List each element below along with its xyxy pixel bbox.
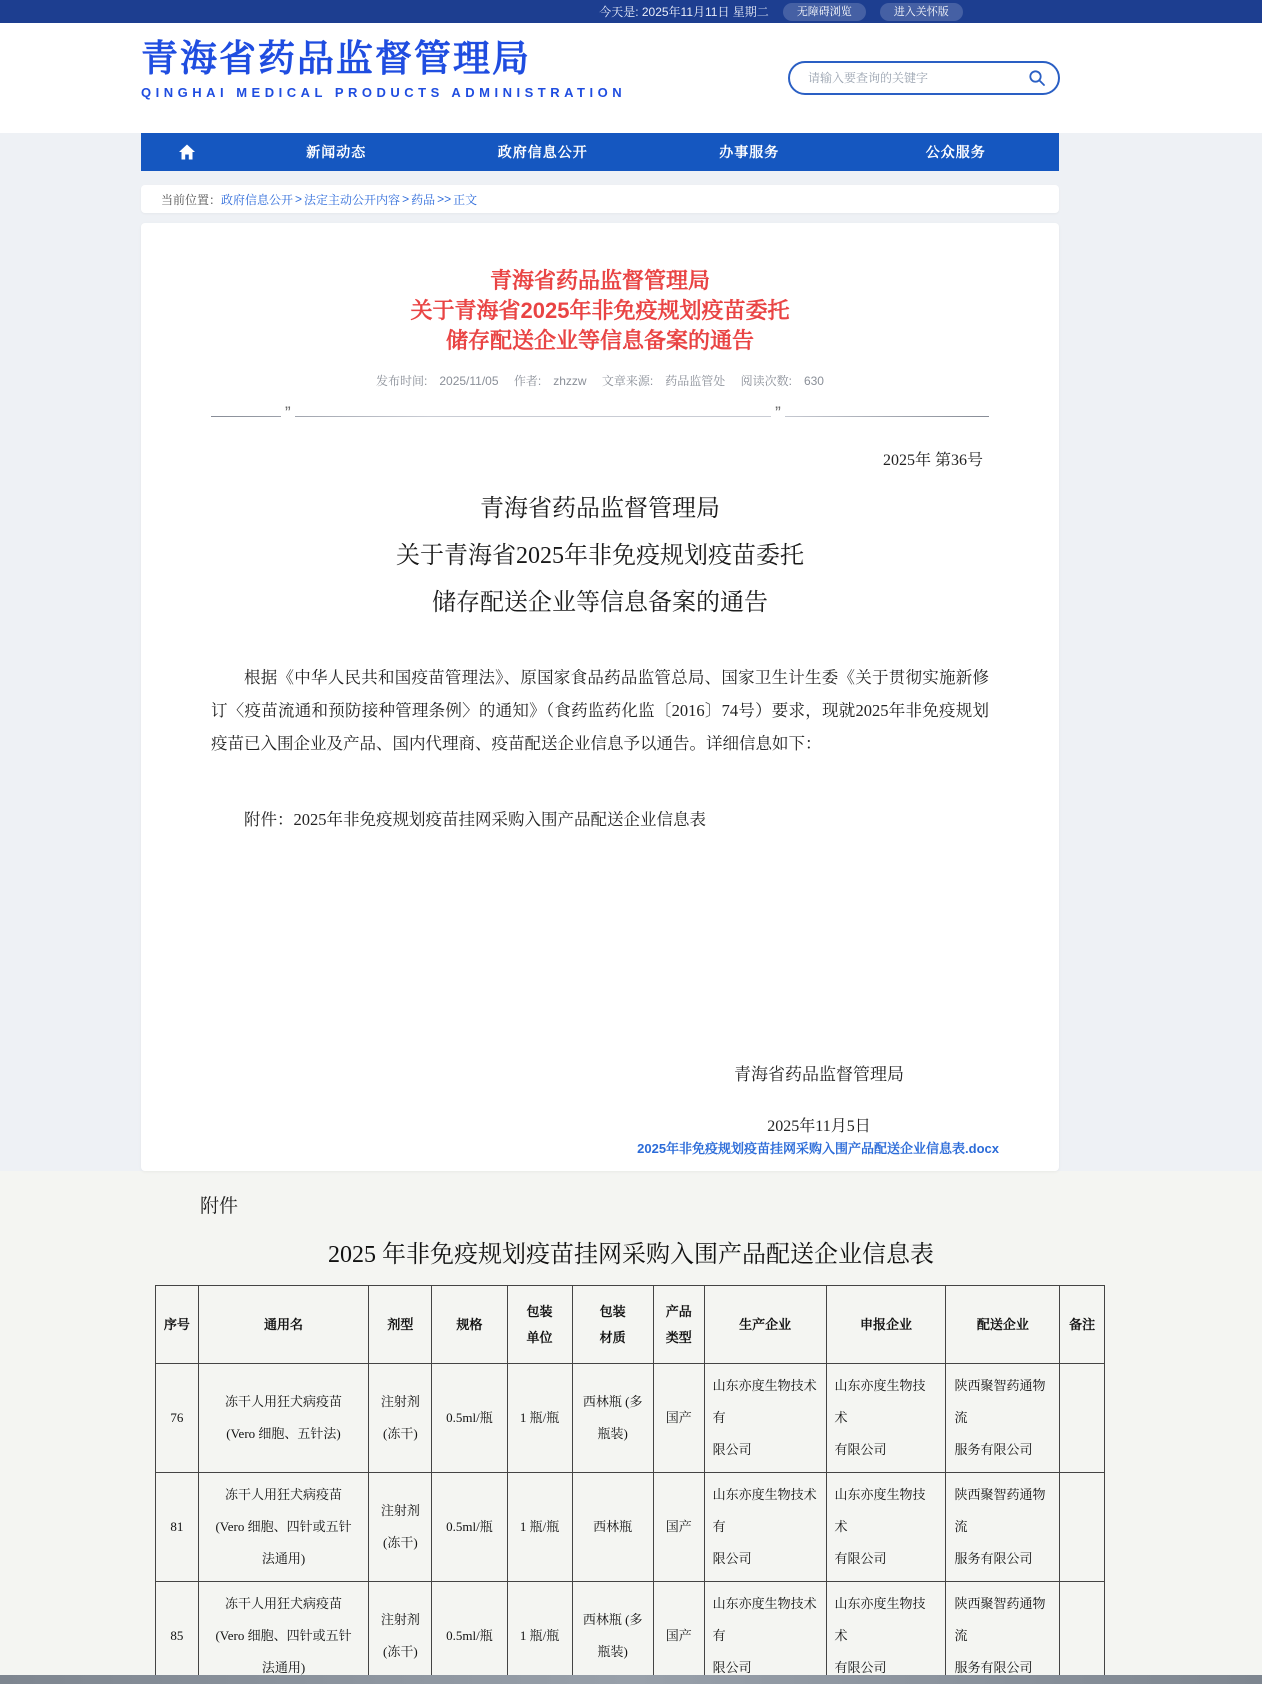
document-title: 青海省药品监督管理局 关于青海省2025年非免疫规划疫苗委托 储存配送企业等信息… — [211, 486, 989, 627]
article-meta: 发布时间:2025/11/05 作者:zhzzw 文章来源:药品监管处 阅读次数… — [211, 372, 989, 389]
attachment-reference-line: 附件：2025年非免疫规划疫苗挂网采购入围产品配送企业信息表 — [211, 806, 989, 830]
breadcrumb-link-gov-info[interactable]: 政府信息公开 — [221, 191, 293, 208]
site-title: 青海省药品监督管理局 — [141, 37, 626, 81]
home-icon — [178, 143, 196, 161]
page-footer-strip — [0, 1675, 1262, 1684]
header-cell-pack-material: 包装 材质 — [572, 1286, 653, 1364]
header-cell-dosage-form: 剂型 — [369, 1286, 432, 1364]
views-value: 630 — [804, 374, 824, 388]
author-value: zhzzw — [553, 374, 586, 388]
breadcrumb-current-separator: >> — [437, 192, 451, 206]
signature-authority: 青海省药品监督管理局 — [734, 1060, 904, 1085]
breadcrumb-link-drugs[interactable]: 药品 — [411, 191, 435, 208]
attachment-label: 附件 — [200, 1191, 1262, 1218]
article-title-line-2: 关于青海省2025年非免疫规划疫苗委托 — [211, 296, 989, 326]
table-cell: 85 — [156, 1582, 199, 1684]
table-cell: 山东亦度生物技术有 限公司 — [704, 1582, 826, 1684]
table-cell: 山东亦度生物技术 有限公司 — [826, 1582, 946, 1684]
data-table: 序号 通用名 剂型 规格 包装 单位 包装 材质 产品 类型 生产企业 申报企业… — [155, 1285, 1105, 1684]
quote-mark-icon: ” — [281, 403, 295, 423]
table-cell: 注射剂 (冻干) — [369, 1364, 432, 1473]
table-cell: 81 — [156, 1473, 199, 1582]
breadcrumb-separator: > — [402, 192, 409, 206]
table-row: 81 冻干人用狂犬病疫苗 (Vero 细胞、四针或五针 法通用) 注射剂 (冻干… — [156, 1473, 1105, 1582]
main-nav: 新闻动态 政府信息公开 办事服务 公众服务 — [141, 133, 1059, 171]
table-cell: 0.5ml/瓶 — [432, 1364, 507, 1473]
breadcrumb: 当前位置： 政府信息公开 > 法定主动公开内容 > 药品 >> 正文 — [141, 185, 1059, 213]
article-title-line-3: 储存配送企业等信息备案的通告 — [211, 326, 989, 356]
table-cell: 国产 — [653, 1473, 704, 1582]
nav-item-news[interactable]: 新闻动态 — [233, 133, 440, 171]
header-cell-product-type: 产品 类型 — [653, 1286, 704, 1364]
table-cell: 1 瓶/瓶 — [507, 1473, 572, 1582]
source-label: 文章来源: — [602, 374, 653, 388]
search-input[interactable] — [806, 70, 1026, 86]
table-cell: 0.5ml/瓶 — [432, 1473, 507, 1582]
header-cell-pack-unit: 包装 单位 — [507, 1286, 572, 1364]
table-cell: 冻干人用狂犬病疫苗 (Vero 细胞、五针法) — [198, 1364, 369, 1473]
table-cell: 冻干人用狂犬病疫苗 (Vero 细胞、四针或五针 法通用) — [198, 1582, 369, 1684]
author-label: 作者: — [514, 374, 541, 388]
table-cell: 国产 — [653, 1582, 704, 1684]
table-cell: 1 瓶/瓶 — [507, 1364, 572, 1473]
header-cell-remarks: 备注 — [1060, 1286, 1105, 1364]
table-cell — [1060, 1582, 1105, 1684]
table-cell — [1060, 1473, 1105, 1582]
table-cell: 西林瓶 — [572, 1473, 653, 1582]
table-cell: 冻干人用狂犬病疫苗 (Vero 细胞、四针或五针 法通用) — [198, 1473, 369, 1582]
current-date-text: 今天是: 2025年11月11日 星期二 — [599, 3, 769, 20]
attachment-download-link[interactable]: 2025年非免疫规划疫苗挂网采购入围产品配送企业信息表.docx — [637, 1138, 999, 1157]
table-cell: 西林瓶 (多 瓶装) — [572, 1364, 653, 1473]
nav-item-public-services[interactable]: 公众服务 — [853, 133, 1060, 171]
document-number: 2025年 第36号 — [211, 447, 983, 470]
decorative-divider: ” ” — [211, 409, 989, 421]
signature-date: 2025年11月5日 — [734, 1113, 904, 1136]
table-row: 85 冻干人用狂犬病疫苗 (Vero 细胞、四针或五针 法通用) 注射剂 (冻干… — [156, 1582, 1105, 1684]
table-cell: 注射剂 (冻干) — [369, 1582, 432, 1684]
views-label: 阅读次数: — [741, 374, 792, 388]
publish-time-label: 发布时间: — [376, 374, 427, 388]
table-cell: 0.5ml/瓶 — [432, 1582, 507, 1684]
nav-item-services[interactable]: 办事服务 — [646, 133, 853, 171]
table-cell: 1 瓶/瓶 — [507, 1582, 572, 1684]
table-cell — [1060, 1364, 1105, 1473]
table-cell: 山东亦度生物技术 有限公司 — [826, 1364, 946, 1473]
search-box — [788, 61, 1060, 95]
article-title-red: 青海省药品监督管理局 关于青海省2025年非免疫规划疫苗委托 储存配送企业等信息… — [211, 266, 989, 356]
header-cell-distribution-company: 配送企业 — [946, 1286, 1060, 1364]
header-cell-index: 序号 — [156, 1286, 199, 1364]
table-cell: 陕西聚智药通物流 服务有限公司 — [946, 1364, 1060, 1473]
table-cell: 76 — [156, 1364, 199, 1473]
site-logo: 青海省药品监督管理局 QINGHAI MEDICAL PRODUCTS ADMI… — [141, 37, 626, 100]
document-title-line-2: 关于青海省2025年非免疫规划疫苗委托 — [211, 533, 989, 580]
table-cell: 国产 — [653, 1364, 704, 1473]
table-cell: 西林瓶 (多 瓶装) — [572, 1582, 653, 1684]
table-cell: 陕西聚智药通物流 服务有限公司 — [946, 1473, 1060, 1582]
source-value: 药品监管处 — [665, 374, 725, 388]
breadcrumb-link-statutory-disclosure[interactable]: 法定主动公开内容 — [304, 191, 400, 208]
table-cell: 山东亦度生物技术 有限公司 — [826, 1473, 946, 1582]
table-cell: 山东亦度生物技术有 限公司 — [704, 1473, 826, 1582]
publish-time-value: 2025/11/05 — [439, 374, 498, 388]
document-title-line-3: 储存配送企业等信息备案的通告 — [211, 580, 989, 627]
header-cell-declaring-company: 申报企业 — [826, 1286, 946, 1364]
document-paragraph: 根据《中华人民共和国疫苗管理法》、原国家食品药品监管总局、国家卫生计生委《关于贯… — [211, 661, 989, 760]
document-title-line-1: 青海省药品监督管理局 — [211, 486, 989, 533]
breadcrumb-prefix: 当前位置： — [161, 191, 221, 208]
attachment-table-title: 2025 年非免疫规划疫苗挂网采购入围产品配送企业信息表 — [0, 1234, 1262, 1269]
table-cell: 注射剂 (冻干) — [369, 1473, 432, 1582]
table-row: 76 冻干人用狂犬病疫苗 (Vero 细胞、五针法) 注射剂 (冻干) 0.5m… — [156, 1364, 1105, 1473]
signature-block: 青海省药品监督管理局 2025年11月5日 — [211, 1060, 989, 1136]
nav-item-gov-info[interactable]: 政府信息公开 — [440, 133, 647, 171]
breadcrumb-separator: > — [295, 192, 302, 206]
table-header-row: 序号 通用名 剂型 规格 包装 单位 包装 材质 产品 类型 生产企业 申报企业… — [156, 1286, 1105, 1364]
attachment-preview: 附件 2025 年非免疫规划疫苗挂网采购入围产品配送企业信息表 序号 通用名 剂… — [0, 1171, 1262, 1684]
header-cell-manufacturer: 生产企业 — [704, 1286, 826, 1364]
article-card: 青海省药品监督管理局 关于青海省2025年非免疫规划疫苗委托 储存配送企业等信息… — [141, 223, 1059, 1171]
search-button[interactable] — [1026, 67, 1048, 89]
quote-mark-icon: ” — [771, 403, 785, 423]
care-version-button[interactable]: 进入关怀版 — [880, 3, 963, 21]
site-title-english: QINGHAI MEDICAL PRODUCTS ADMINISTRATION — [141, 85, 626, 100]
article-title-line-1: 青海省药品监督管理局 — [211, 266, 989, 296]
breadcrumb-current: 正文 — [453, 191, 477, 208]
site-header: 青海省药品监督管理局 QINGHAI MEDICAL PRODUCTS ADMI… — [0, 23, 1262, 133]
search-icon — [1028, 69, 1046, 87]
nav-item-home[interactable] — [141, 133, 233, 171]
header-cell-specification: 规格 — [432, 1286, 507, 1364]
table-cell: 陕西聚智药通物流 服务有限公司 — [946, 1582, 1060, 1684]
accessibility-button[interactable]: 无障碍浏览 — [783, 3, 866, 21]
top-utility-bar: 今天是: 2025年11月11日 星期二 无障碍浏览 进入关怀版 — [0, 0, 1262, 23]
table-cell: 山东亦度生物技术有 限公司 — [704, 1364, 826, 1473]
header-cell-generic-name: 通用名 — [198, 1286, 369, 1364]
